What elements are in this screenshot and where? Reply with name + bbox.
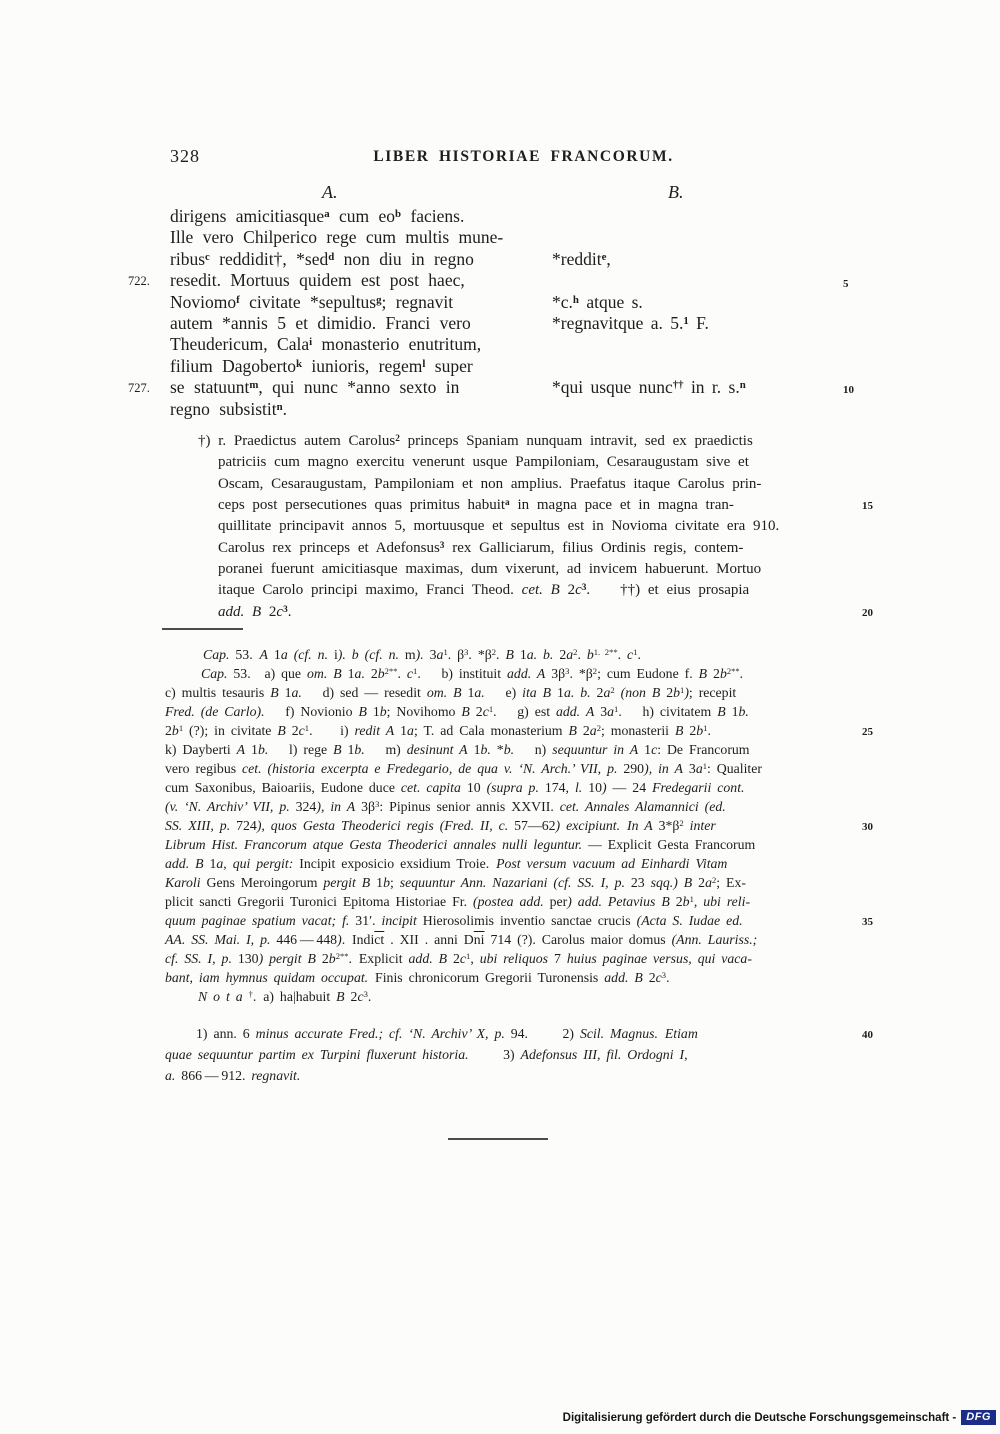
edition-line-number: 10 — [843, 384, 854, 396]
column-b-heading: B. — [668, 182, 684, 203]
apparatus-line: add. B 1a, qui pergit: Incipit exposicio… — [165, 856, 727, 872]
apparatus-line: Cap. 53. A 1a (cf. n. i). b (cf. n. m). … — [203, 647, 641, 663]
column-a-heading: A. — [322, 182, 338, 203]
apparatus-line: c) multis tesauris B 1a. d) sed — resedi… — [165, 685, 736, 701]
end-separator-rule — [448, 1138, 548, 1140]
book-page: 328 LIBER HISTORIAE FRANCORUM. A. B. dir… — [0, 0, 1000, 1434]
footnote-separator-rule — [162, 628, 243, 630]
note-line: quae sequuntur partim ex Turpini fluxeru… — [165, 1047, 688, 1063]
apparatus-line: Cap. 53. a) que om. B 1a. 2b2**. c1. b) … — [201, 666, 743, 682]
column-a-text-line: resedit. Mortuus quidem est post haec, — [170, 270, 465, 290]
margin-year: 722. — [128, 274, 150, 289]
footnote-line: Oscam, Cesaraugustam, Pampiloniam et non… — [218, 476, 761, 493]
column-b-text-line: *c.h atque s. — [552, 292, 643, 312]
running-title: LIBER HISTORIAE FRANCORUM. — [165, 148, 882, 166]
footnote-line: patriciis cum magno exercitu venerunt us… — [218, 454, 749, 471]
apparatus-line: N o t a †. a) ha|habuit B 2c3. — [198, 989, 371, 1005]
footnote-line: †) r. Praedictus autem Carolus2 princeps… — [198, 433, 753, 450]
column-a-text-line: se statuuntm, qui nunc *anno sexto in — [170, 377, 459, 397]
edition-line-number: 5 — [843, 278, 849, 290]
margin-year: 727. — [128, 381, 150, 396]
edition-line-number: 15 — [862, 500, 873, 512]
apparatus-line: bant, iam hymnus quidam occupat. Finis c… — [165, 970, 670, 986]
column-a-text-line: regno subsistitn. — [170, 399, 287, 419]
note-line: a. 866 — 912. regnavit. — [165, 1068, 300, 1084]
edition-line-number: 40 — [862, 1029, 873, 1041]
edition-line-number: 30 — [862, 821, 873, 833]
footnote-line: itaque Carolo principi maximo, Franci Th… — [218, 582, 749, 599]
column-a-text-line: dirigens amicitiasquea cum eob faciens. — [170, 206, 464, 226]
footnote-line: Carolus rex princeps et Adefonsus3 rex G… — [218, 540, 743, 557]
apparatus-line: vero regibus cet. (historia excerpta e F… — [165, 761, 762, 777]
column-a-text-line: Noviomof civitate *sepultusg; regnavit — [170, 292, 453, 312]
apparatus-line: quum paginae spatium vacat; f. 31′. inci… — [165, 913, 743, 929]
apparatus-line: cf. SS. I, p. 130) pergit B 2b2**. Expli… — [165, 951, 752, 967]
footnote-line: add. B 2c3. — [218, 604, 292, 621]
dfg-logo: DFG — [961, 1410, 996, 1425]
apparatus-line: Librum Hist. Francorum atque Gesta Theod… — [165, 837, 755, 853]
apparatus-line: k) Dayberti A 1b. l) rege B 1b. m) desin… — [165, 742, 750, 758]
column-a-text-line: autem *annis 5 et dimidio. Franci vero — [170, 313, 471, 333]
column-a-text-line: Ille vero Chilperico rege cum multis mun… — [170, 227, 503, 247]
apparatus-line: Karoli Gens Meroingorum pergit B 1b; seq… — [165, 875, 746, 891]
footnote-line: poranei fuerunt amicitiasque maximas, du… — [218, 561, 761, 578]
column-a-text-line: filium Dagobertok iunioris, regeml super — [170, 356, 473, 376]
digitization-credit: Digitalisierung gefördert durch die Deut… — [563, 1412, 957, 1424]
apparatus-line: SS. XIII, p. 724), quos Gesta Theoderici… — [165, 818, 716, 834]
edition-line-number: 25 — [862, 726, 873, 738]
apparatus-line: (v. ‘N. Archiv’ VII, p. 324), in A 3β3: … — [165, 799, 726, 815]
apparatus-line: 2b1 (?); in civitate B 2c1. i) redit A 1… — [165, 723, 711, 739]
footnote-line: ceps post persecutiones quas primitus ha… — [218, 497, 734, 514]
apparatus-line: Fred. (de Carlo). f) Novionio B 1b; Novi… — [165, 704, 749, 720]
apparatus-line: cum Saxonibus, Baioariis, Eudone duce ce… — [165, 780, 744, 796]
note-line: 1) ann. 6 minus accurate Fred.; cf. ‘N. … — [196, 1026, 698, 1042]
column-a-text-line: ribusc reddidit†, *sedd non diu in regno — [170, 249, 474, 269]
column-a-text-line: Theudericum, Calai monasterio enutritum, — [170, 334, 481, 354]
column-b-text-line: *reddite, — [552, 249, 611, 269]
apparatus-line: AA. SS. Mai. I, p. 446 — 448). Indict . … — [165, 932, 757, 948]
footnote-line: quillitate principavit annos 5, mortuusq… — [218, 518, 779, 535]
edition-line-number: 35 — [862, 916, 873, 928]
column-b-text-line: *regnavitque a. 5.1 F. — [552, 313, 709, 333]
digitization-footer: Digitalisierung gefördert durch die Deut… — [563, 1410, 996, 1425]
column-b-text-line: *qui usque nunc†† in r. s.n — [552, 377, 746, 397]
apparatus-line: plicit sancti Gregorii Turonici Epitoma … — [165, 894, 750, 910]
edition-line-number: 20 — [862, 607, 873, 619]
